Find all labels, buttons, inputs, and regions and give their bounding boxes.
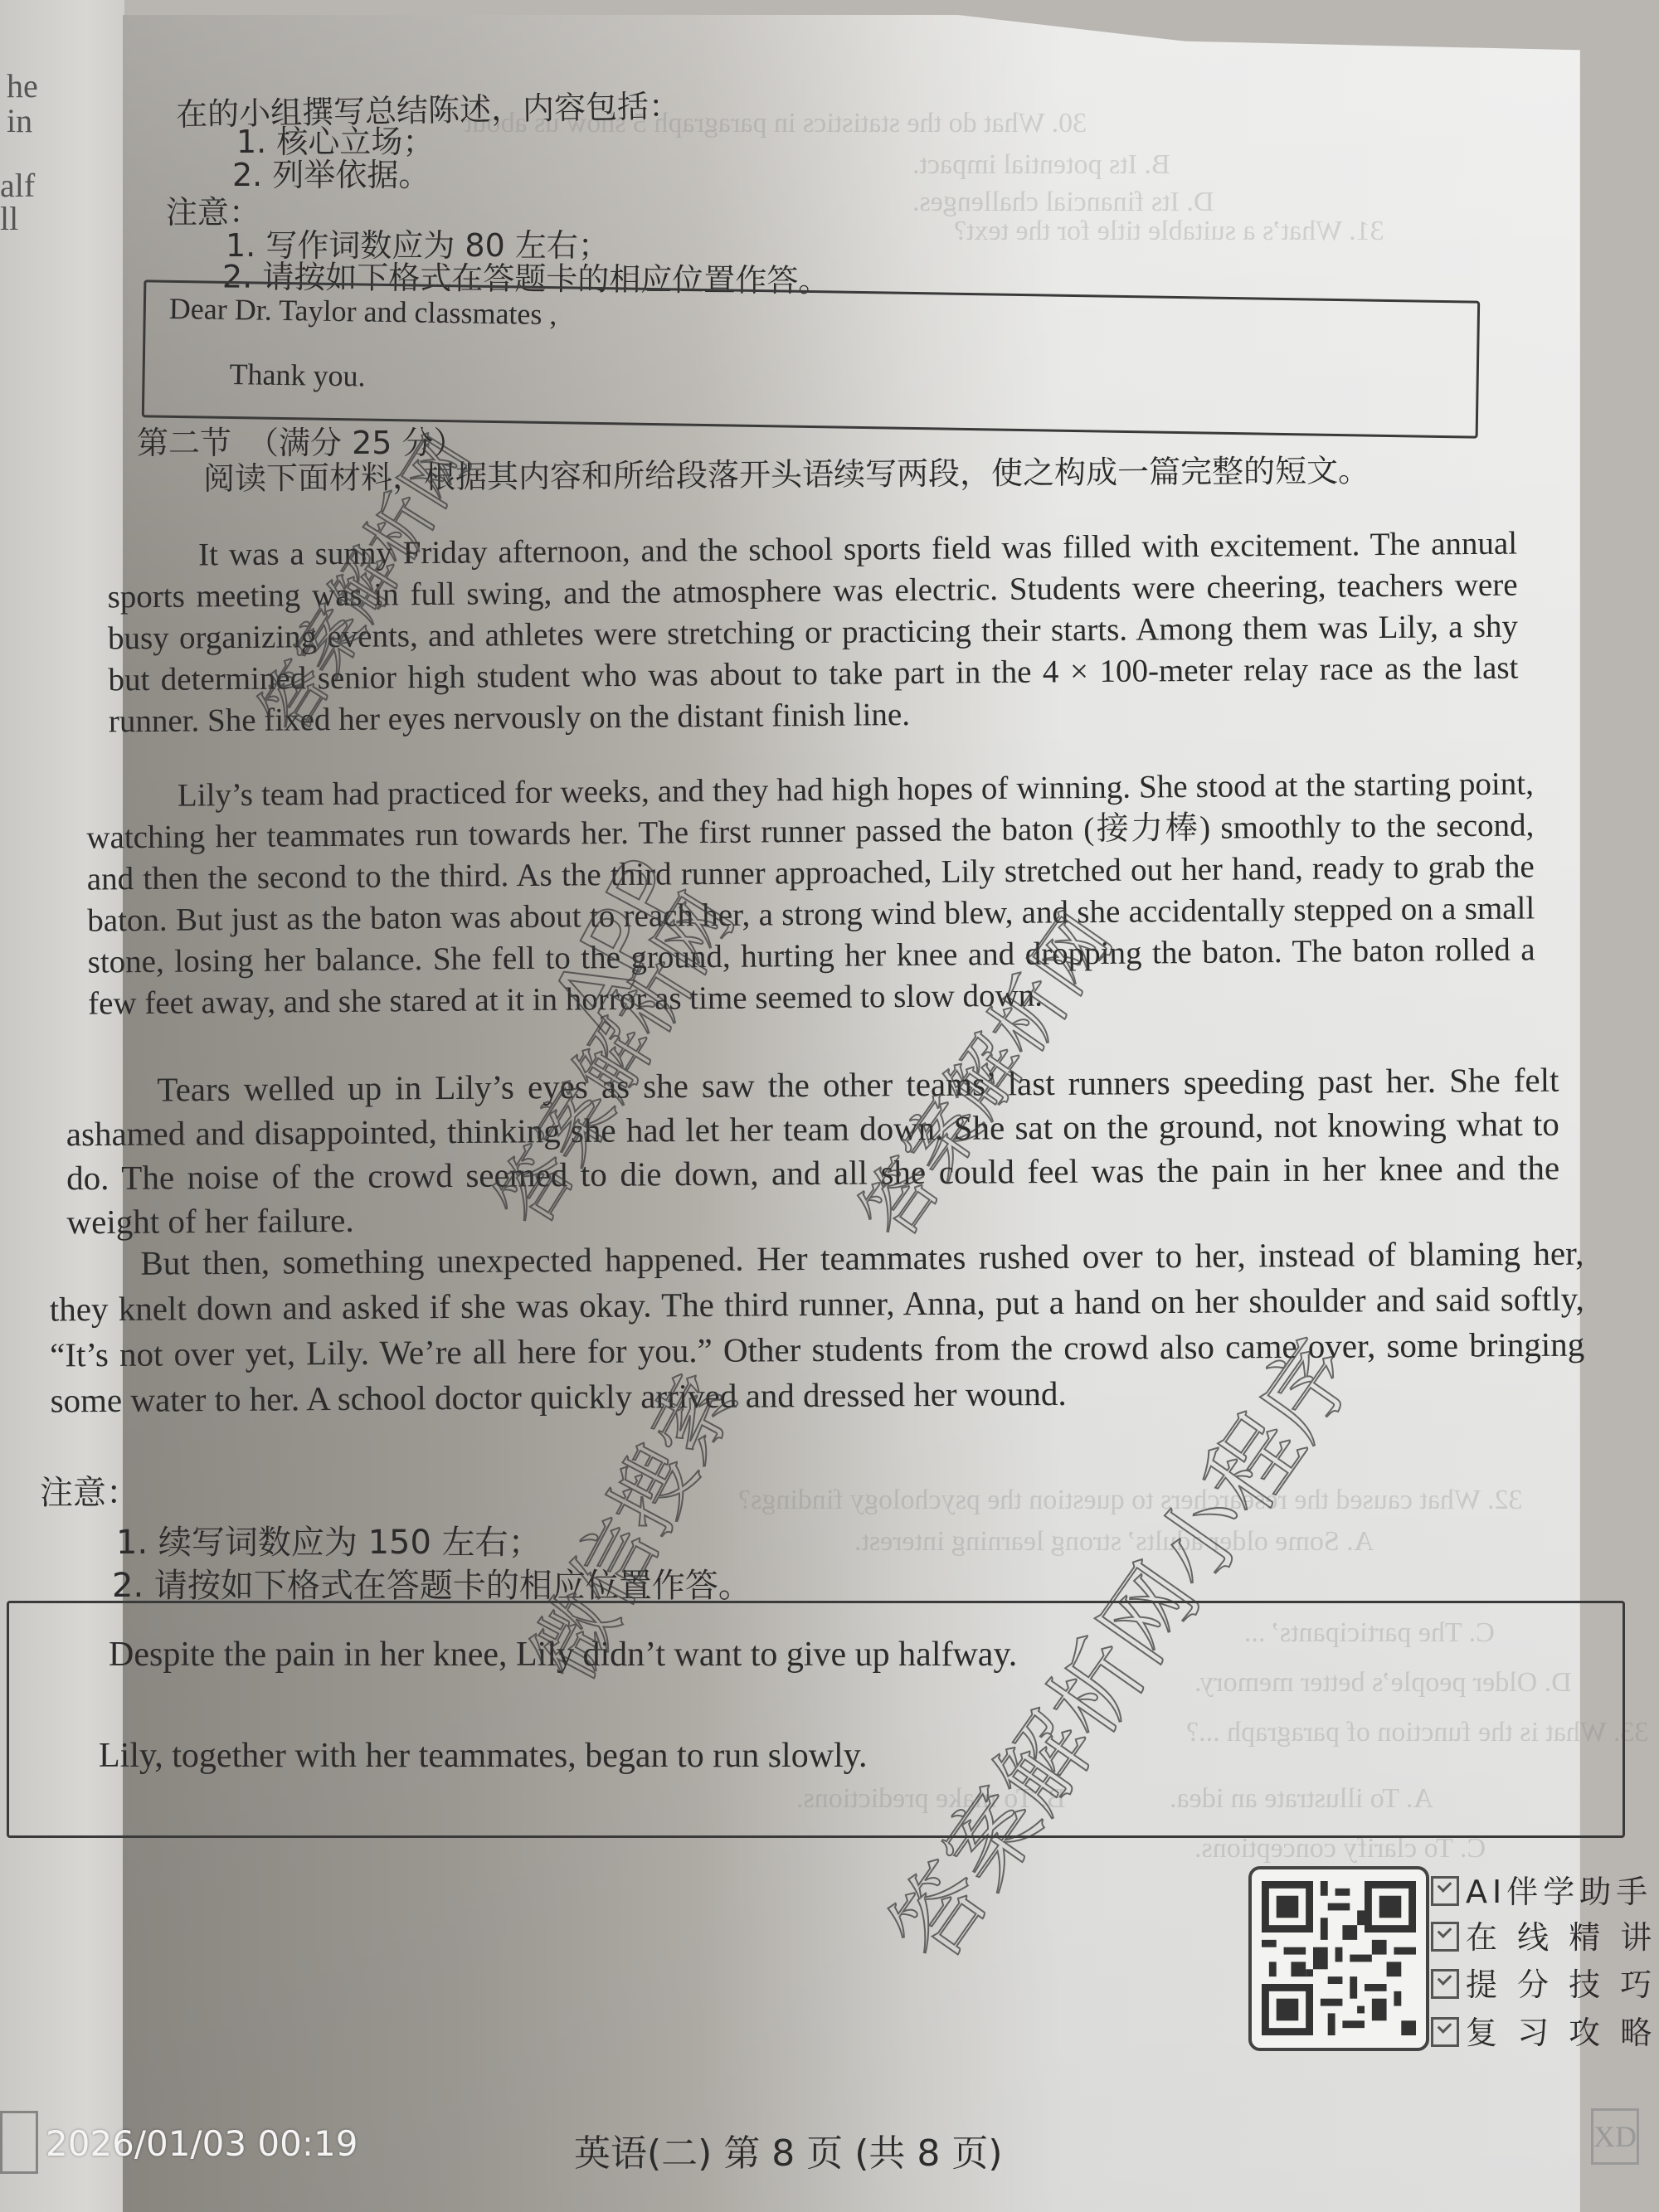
checkbox-checked-icon	[1431, 1876, 1459, 1906]
camera-timestamp: 2026/01/03 00:19	[46, 2123, 358, 2164]
promo-feature[interactable]: 在 线 精 讲	[1431, 1912, 1657, 1957]
story-paragraph-2: Lily’s team had practiced for weeks, and…	[86, 763, 1536, 1024]
answer-box-letter[interactable]: Dear Dr. Taylor and classmates , Thank y…	[142, 280, 1480, 438]
page-content: 30. What do the statistics in paragraph …	[0, 0, 1659, 2212]
note-item: 1. 续写词数应为 150 左右；	[116, 1516, 542, 1563]
corner-code: XD	[1591, 2108, 1639, 2165]
checkbox-checked-icon	[1431, 2017, 1459, 2047]
notes-label: 注意：	[40, 1466, 139, 1514]
story-paragraph-3: Tears welled up in Lily’s eyes as she sa…	[66, 1058, 1559, 1245]
promo-feature[interactable]: 复 习 攻 略	[1431, 2007, 1657, 2053]
content-point: 2. 列举依据。	[232, 149, 430, 195]
corner-tag-left	[0, 2111, 38, 2174]
letter-salutation: Dear Dr. Taylor and classmates ,	[169, 291, 557, 332]
letter-closing: Thank you.	[229, 357, 366, 394]
answer-box-continuation[interactable]: Despite the pain in her knee, Lily didn’…	[7, 1601, 1625, 1838]
page-number-label: 英语(二) 第 8 页 (共 8 页)	[574, 2123, 1003, 2176]
checkbox-checked-icon	[1431, 1922, 1459, 1952]
promo-feature[interactable]: 提 分 技 巧	[1431, 1959, 1657, 2005]
promo-feature[interactable]: AI伴学助手	[1431, 1866, 1652, 1912]
continuation-opening-2: Lily, together with her teammates, began…	[99, 1736, 867, 1776]
checkbox-checked-icon	[1431, 1969, 1459, 1999]
qr-code-icon	[1262, 1879, 1416, 2037]
qr-code[interactable]	[1248, 1866, 1429, 2051]
section-instruction: 阅读下面材料，根据其内容和所给段落开头语续写两段，使之构成一篇完整的短文。	[129, 450, 1489, 498]
